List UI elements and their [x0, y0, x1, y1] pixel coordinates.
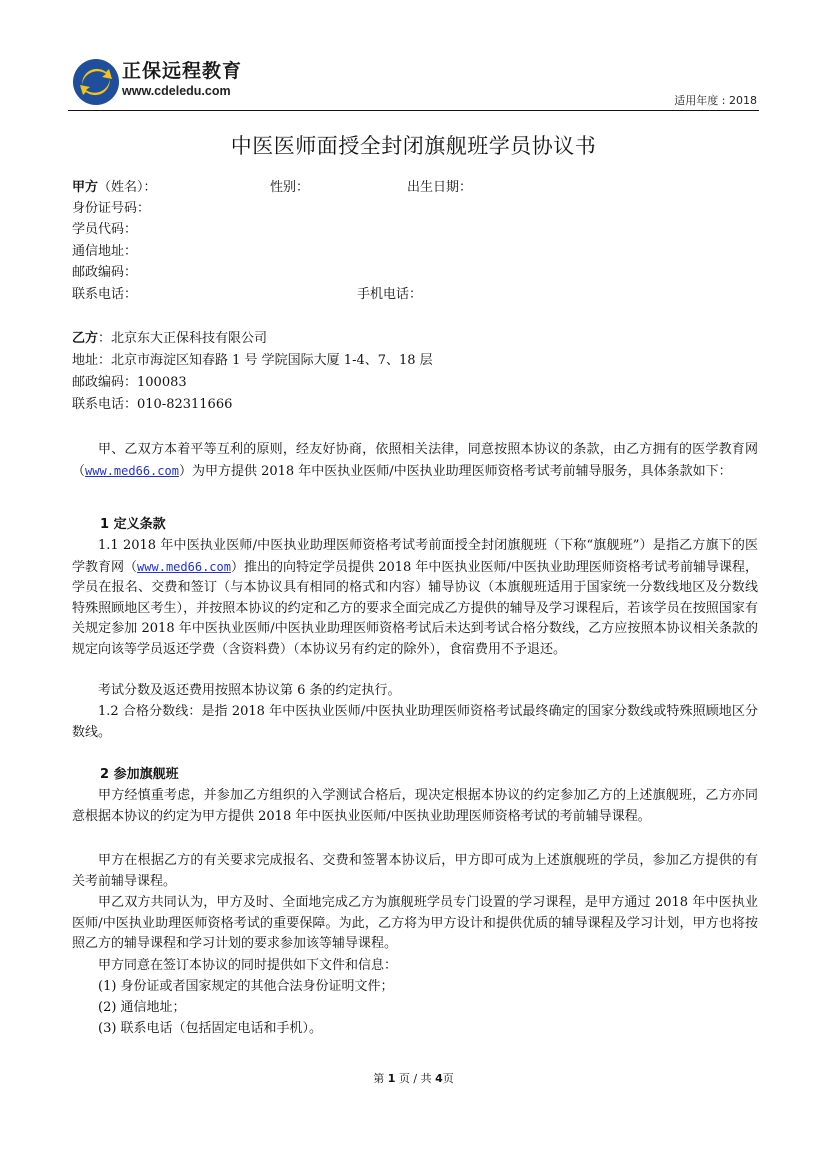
- party-a-phone-label: 联系电话：: [72, 285, 137, 305]
- brand-url: www.cdeledu.com: [122, 84, 231, 98]
- party-b-address: 地址：北京市海淀区知春路 1 号 学院国际大厦 1-4、7、18 层: [72, 351, 433, 371]
- med66-link-2[interactable]: www.med66.com: [137, 560, 231, 574]
- footer-prefix: 第: [373, 1072, 388, 1085]
- med66-link[interactable]: www.med66.com: [85, 464, 179, 478]
- party-b-postcode: 邮政编码：100083: [72, 373, 187, 393]
- intro-paragraph: 甲、乙双方本着平等互利的原则，经友好协商，依照相关法律，同意按照本协议的条款，由…: [72, 440, 758, 482]
- intro-text-2: ）为甲方提供 2018 年中医执业医师/中医执业助理医师资格考试考前辅导服务，具…: [179, 464, 732, 479]
- document-title: 中医医师面授全封闭旗舰班学员协议书: [0, 130, 827, 160]
- page-footer: 第 1 页 / 共 4页: [0, 1070, 827, 1086]
- cdeledu-logo-icon: [72, 58, 120, 106]
- section-1-2-paragraph: 1.2 合格分数线：是指 2018 年中医执业医师/中医执业助理医师资格考试最终…: [72, 702, 758, 743]
- section-2-p4: 甲方同意在签订本协议的同时提供如下文件和信息：: [72, 956, 758, 977]
- required-doc-item: (3) 联系电话（包括固定电话和手机）。: [98, 1019, 322, 1039]
- section-1-heading: 1 定义条款: [100, 515, 166, 535]
- section-2-p2: 甲方在根据乙方的有关要求完成报名、交费和签署本协议后，甲方即可成为上述旗舰班的学…: [72, 851, 758, 892]
- section-1-score-paragraph: 考试分数及返还费用按照本协议第 6 条的约定执行。: [72, 681, 758, 702]
- party-b-colon: ：: [98, 331, 111, 346]
- party-a-birth-label: 出生日期：: [407, 178, 472, 198]
- required-doc-item: (2) 通信地址；: [98, 998, 186, 1018]
- party-a-address-label: 通信地址：: [72, 242, 137, 262]
- party-a-mobile-label: 手机电话：: [357, 285, 422, 305]
- section-2-heading: 2 参加旗舰班: [100, 765, 179, 785]
- party-a-gender-label: 性别：: [270, 178, 309, 198]
- section-1-1-text-2: ）推出的向特定学员提供 2018 年中医执业医师/中医执业助理医师资格考试考前辅…: [72, 560, 758, 657]
- party-b-phone: 联系电话：010-82311666: [72, 395, 232, 415]
- party-b-label: 乙方: [72, 331, 98, 346]
- section-2-p3: 甲乙双方共同认为，甲方及时、全面地完成乙方为旗舰班学员专门设置的学习课程，是甲方…: [72, 893, 758, 955]
- year-value: 2018: [729, 94, 757, 107]
- party-a-label: 甲方: [72, 180, 98, 195]
- section-1-1-paragraph: 1.1 2018 年中医执业医师/中医执业助理医师资格考试考前面授全封闭旗舰班（…: [72, 536, 758, 661]
- header-divider: [68, 110, 759, 111]
- party-a-student-code-label: 学员代码：: [72, 220, 137, 240]
- applicable-year: 适用年度 : 2018: [674, 92, 757, 108]
- party-b-company-row: 乙方：北京东大正保科技有限公司: [72, 329, 267, 349]
- footer-middle: 页 / 共: [395, 1072, 435, 1085]
- party-a-id-label: 身份证号码：: [72, 199, 150, 219]
- party-a-name-row: 甲方（姓名）：: [72, 178, 157, 198]
- party-a-postcode-label: 邮政编码：: [72, 263, 137, 283]
- document-page: 正保远程教育 www.cdeledu.com 适用年度 : 2018 中医医师面…: [0, 0, 827, 1169]
- party-a-name-label: （姓名）：: [98, 180, 157, 195]
- footer-suffix: 页: [443, 1072, 454, 1085]
- total-pages-number: 4: [435, 1072, 443, 1085]
- section-2-p1: 甲方经慎重考虑，并参加乙方组织的入学测试合格后，现决定根据本协议的约定参加乙方的…: [72, 786, 758, 827]
- year-separator: :: [718, 94, 729, 107]
- year-label: 适用年度: [674, 94, 718, 107]
- required-doc-item: (1) 身份证或者国家规定的其他合法身份证明文件；: [98, 977, 394, 997]
- brand-name: 正保远程教育: [122, 60, 242, 82]
- party-b-company: 北京东大正保科技有限公司: [111, 331, 267, 346]
